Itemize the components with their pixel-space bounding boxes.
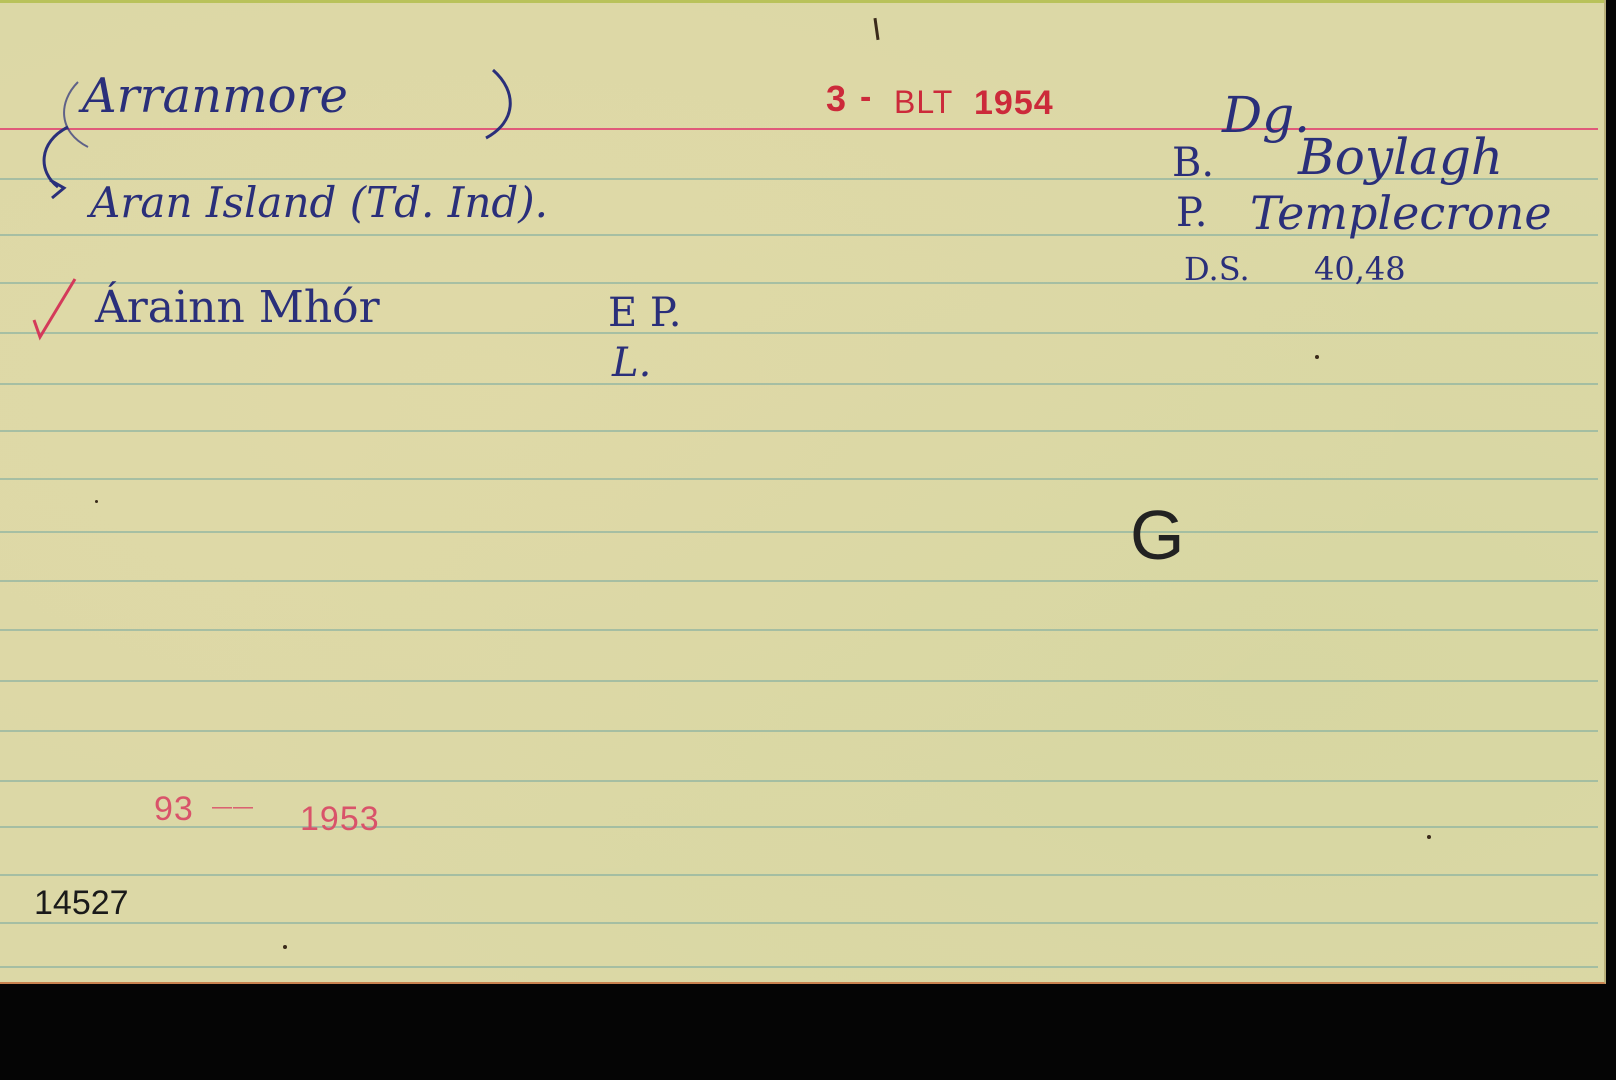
parish-label: P. xyxy=(1176,190,1208,236)
card-top-edge xyxy=(0,0,1604,3)
stamp-top-year: 1954 xyxy=(974,84,1054,123)
ruled-line xyxy=(0,826,1598,828)
english-name-bracketed: Arranmore xyxy=(82,68,348,124)
ds-label: D.S. xyxy=(1184,250,1250,288)
ruled-line xyxy=(0,531,1598,533)
english-name: Aran Island (Td. Ind). xyxy=(90,178,548,227)
ds-value: 40,48 xyxy=(1314,250,1406,288)
county-abbrev: Dg. xyxy=(1222,86,1310,144)
ruled-line xyxy=(0,680,1598,682)
stamp-bottom-day: 93 xyxy=(154,790,194,829)
ruled-line xyxy=(0,629,1598,631)
speck xyxy=(1427,835,1431,839)
stamp-bottom-year: 1953 xyxy=(300,800,380,839)
stamp-top-sep: - xyxy=(860,78,872,117)
speck xyxy=(95,500,98,503)
ruled-line xyxy=(0,383,1598,385)
catalogue-number: 14527 xyxy=(34,884,129,923)
index-card: Arranmore Aran Island (Td. Ind). Árainn … xyxy=(0,0,1606,984)
ruled-line xyxy=(0,780,1598,782)
ruled-line xyxy=(0,478,1598,480)
irish-name: Árainn Mhór xyxy=(95,282,380,333)
ruled-line xyxy=(0,430,1598,432)
irish-annotation-2: L. xyxy=(612,340,651,386)
ruled-line xyxy=(0,922,1598,924)
stamp-top-day: 3 xyxy=(826,78,847,120)
ruled-line xyxy=(0,966,1598,968)
index-letter: G xyxy=(1130,495,1184,575)
ruled-line xyxy=(0,730,1598,732)
top-tick-mark xyxy=(873,18,879,40)
irish-annotation: E P. xyxy=(608,290,681,336)
barony-label: B. xyxy=(1172,140,1214,186)
ruled-line xyxy=(0,580,1598,582)
check-mark-icon xyxy=(30,275,80,345)
parish-name: Templecrone xyxy=(1250,186,1552,240)
stamp-top-month: BLT xyxy=(894,84,953,121)
speck xyxy=(1315,355,1319,359)
speck xyxy=(283,945,287,949)
ruled-line xyxy=(0,874,1598,876)
stamp-bottom-sep: —— xyxy=(212,796,254,819)
barony-name: Boylagh xyxy=(1298,128,1503,186)
